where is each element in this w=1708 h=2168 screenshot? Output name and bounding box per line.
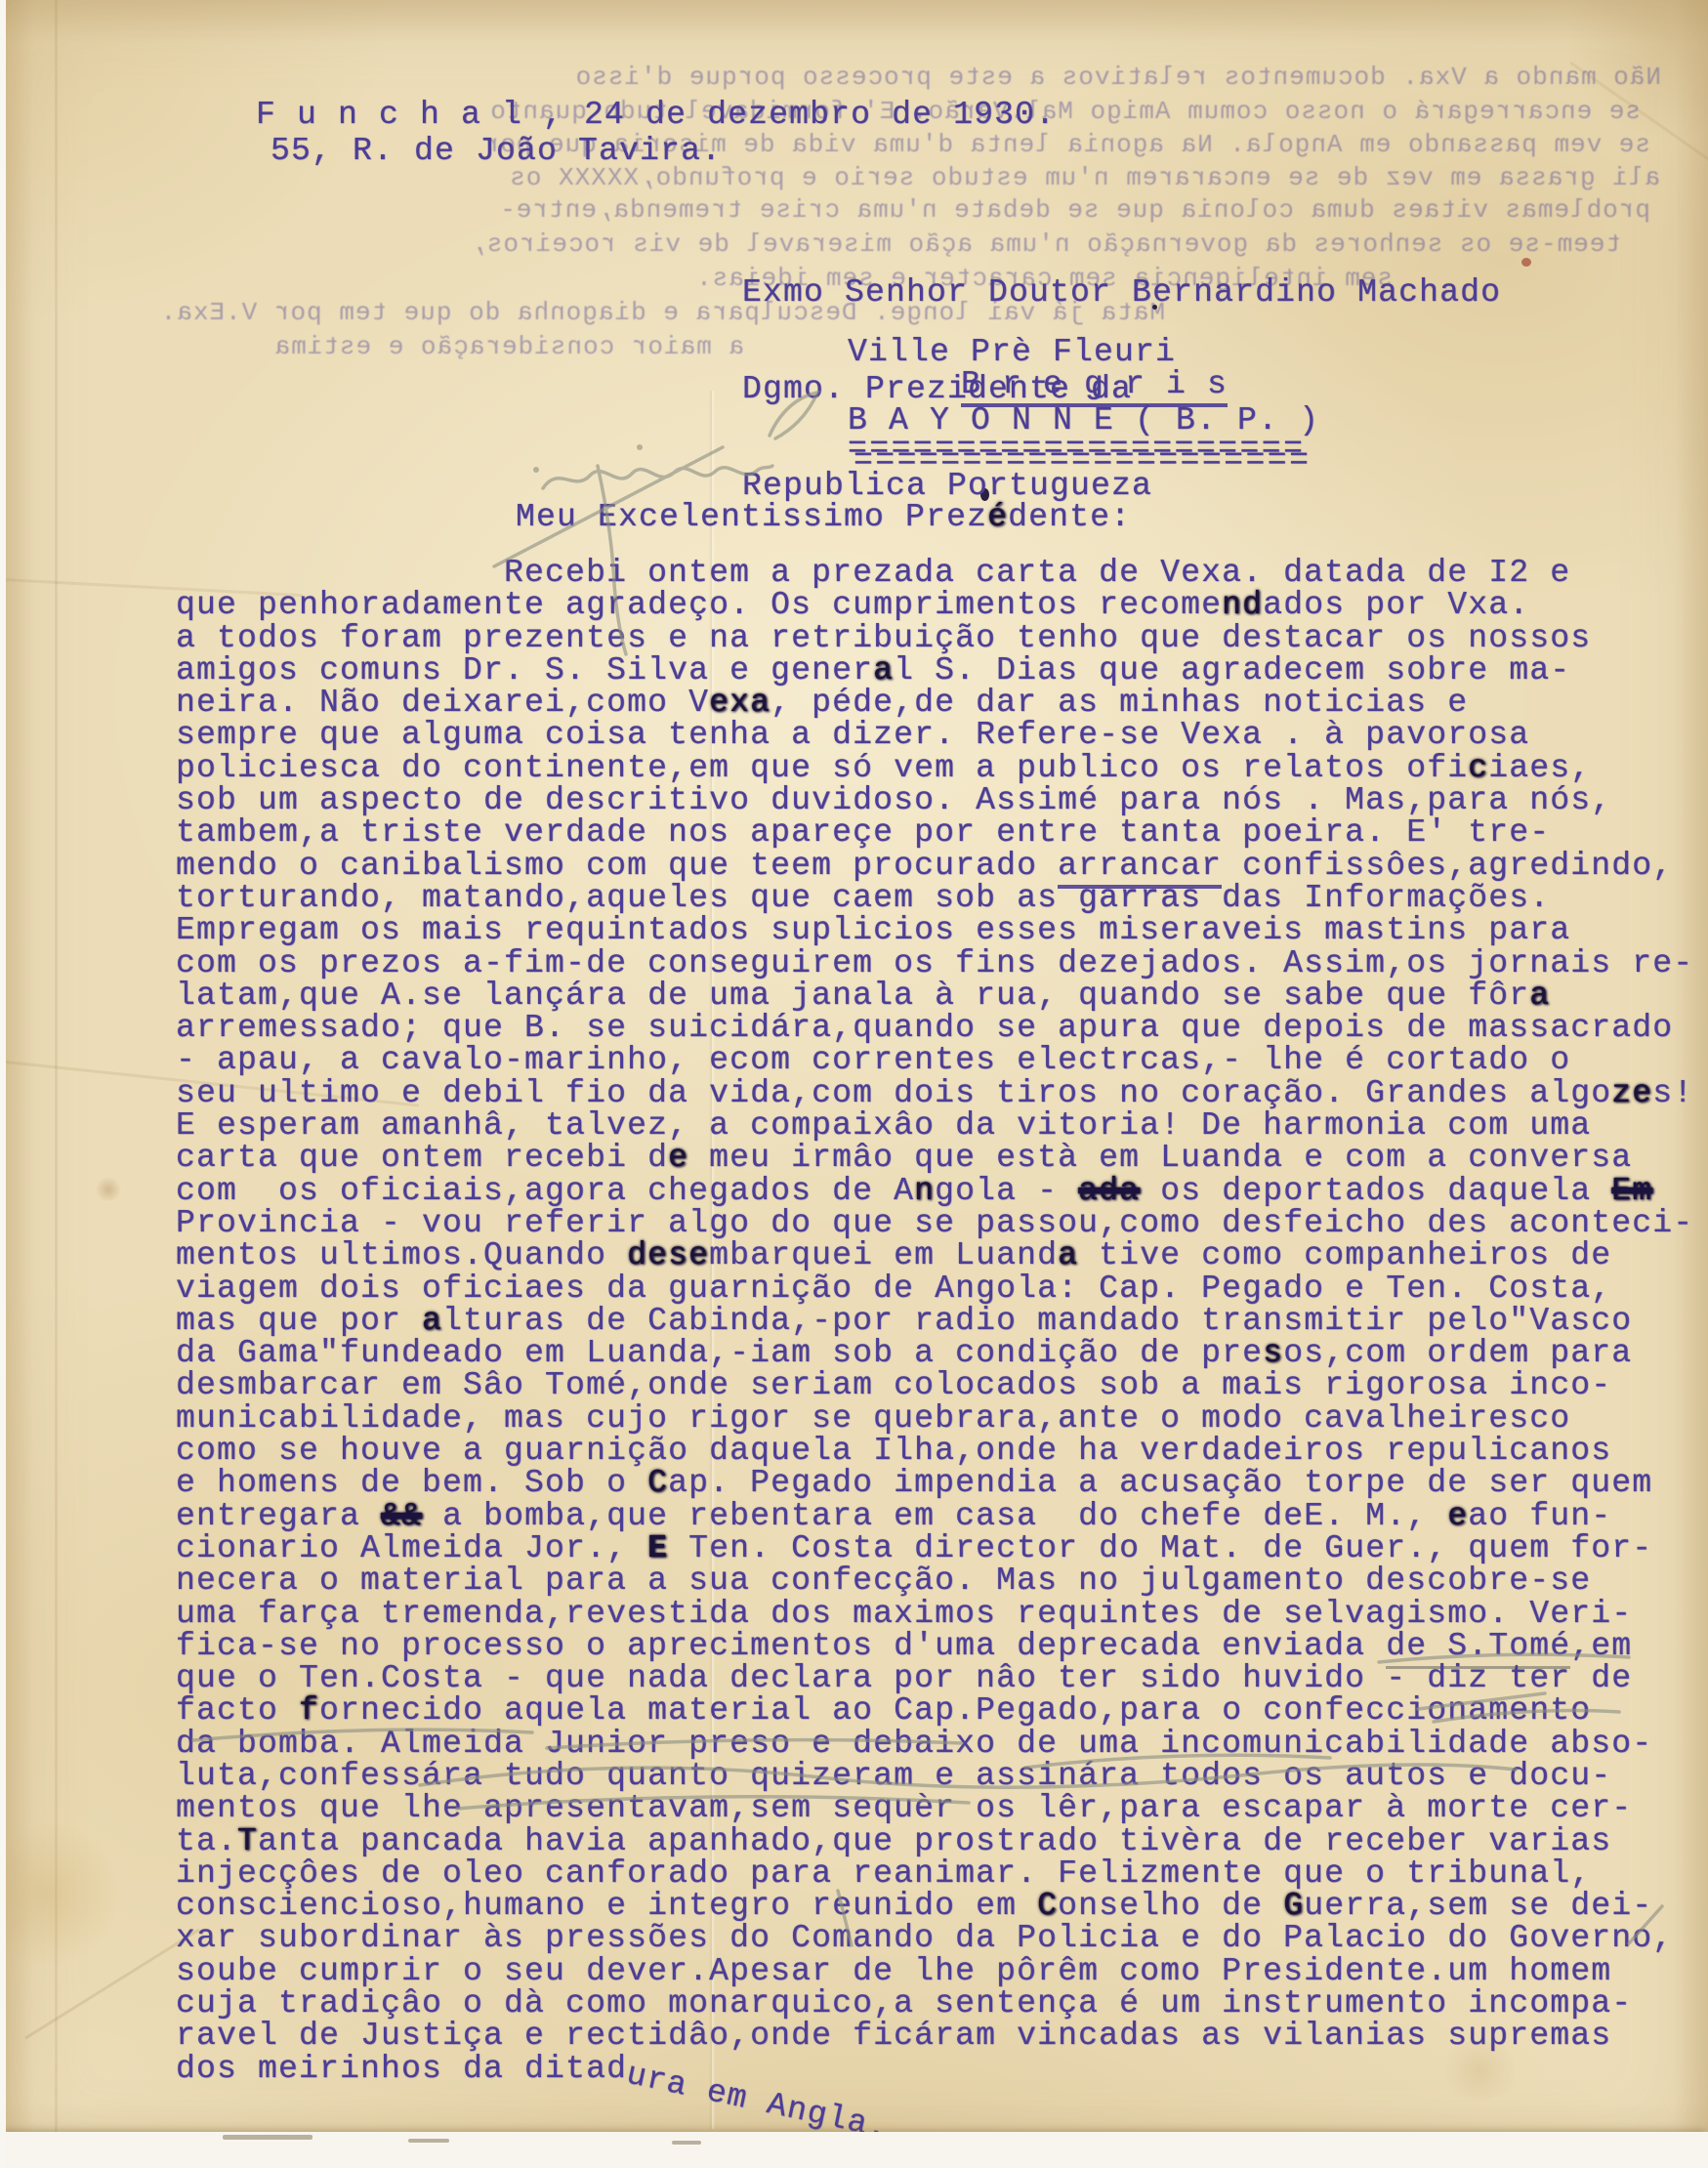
- pencil-descender-stroke: [598, 466, 626, 654]
- pencil-wavy-stroke-2: [457, 1797, 969, 1809]
- pencil-wavy-stroke-3: [1025, 1755, 1330, 1768]
- scanned-letter-page: Não mando a Vxa. documentos relativos a …: [0, 0, 1708, 2168]
- pencil-cursive-scribble: [543, 466, 772, 488]
- paper-edge-mark: [672, 2141, 701, 2145]
- pencil-stroke-dizter-1: [1418, 1693, 1545, 1709]
- pencil-stroke-dizter-2: [1434, 1710, 1619, 1722]
- pencil-slash-reunido: [838, 1891, 852, 1945]
- pencil-check-mark: [770, 393, 817, 438]
- pencil-stroke-facto-1: [193, 1730, 532, 1740]
- pencil-stroke-facto-2: [547, 1740, 962, 1748]
- pencil-wavy-stroke-1: [420, 1765, 1516, 1787]
- paper-edge-mark: [223, 2135, 312, 2140]
- pencil-slash-margin: [1629, 1906, 1662, 1943]
- pencil-scribbles: [0, 0, 1708, 2168]
- scanner-edge-left: [0, 0, 6, 2168]
- paper-edge-mark: [408, 2139, 449, 2143]
- pencil-long-stroke: [494, 447, 723, 566]
- pencil-underline-stome: [1379, 1654, 1629, 1662]
- pencil-dot: [637, 444, 643, 450]
- pencil-dot: [533, 467, 539, 473]
